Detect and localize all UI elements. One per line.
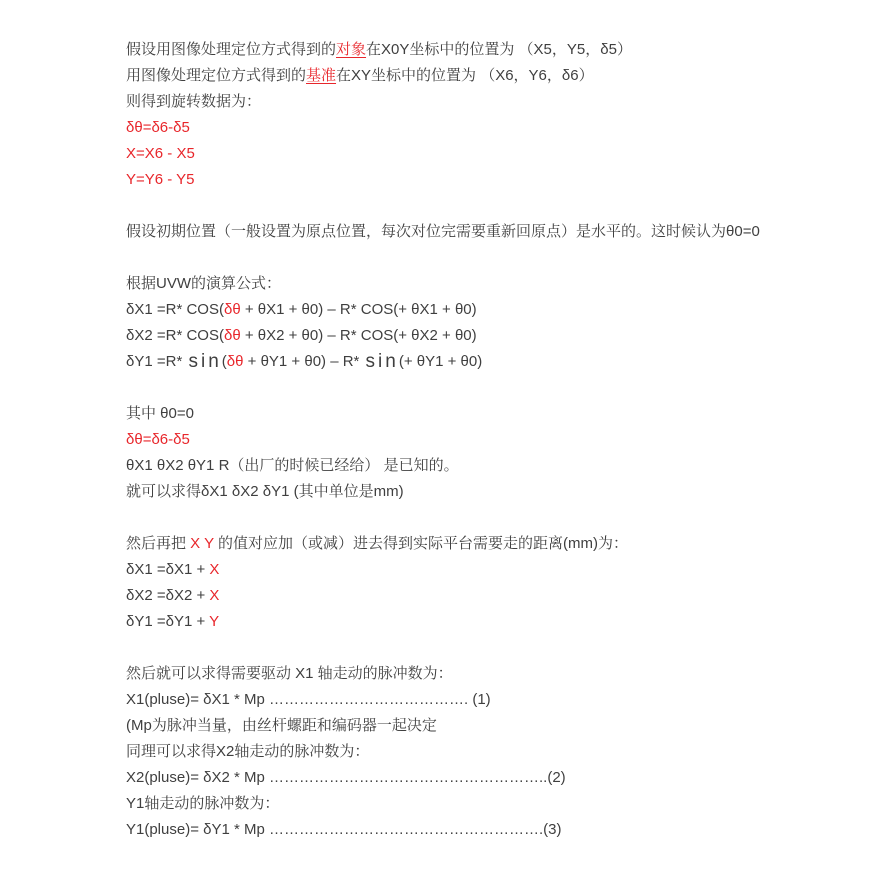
text-segment: + θY1 + θ0) – R*	[243, 353, 363, 370]
page: { "page": { "background": "#ffffff", "te…	[0, 0, 877, 876]
text-segment: δX1 =δX1 +	[126, 561, 209, 578]
text-segment: 的值对应加（或减）进去得到实际平台需要走的距离(mm)为：	[214, 535, 628, 552]
highlighted-text: δθ	[224, 301, 241, 318]
highlighted-text: δθ=δ6-δ5	[126, 431, 190, 448]
text-line: δX1 =R* COS(δθ + θX1 + θ0) – R* COS(+ θX…	[126, 297, 837, 323]
text-line: 用图像处理定位方式得到的基准在XY坐标中的位置为 （X6，Y6，δ6）	[126, 63, 837, 89]
text-line: X2(pluse)= δX2 * Mp ………………………………………………..…	[126, 765, 837, 791]
text-segment: (+ θY1 + θ0)	[399, 353, 482, 370]
text-line: δY1 =R* sin(δθ + θY1 + θ0) – R* sin(+ θY…	[126, 349, 837, 375]
text-segment: δX2 =R* COS(	[126, 327, 224, 344]
text-line: δθ=δ6-δ5	[126, 427, 837, 453]
text-segment: 在XY坐标中的位置为 （X6，Y6，δ6）	[336, 67, 594, 84]
text-segment: Y1轴走动的脉冲数为：	[126, 795, 279, 812]
text-segment: δX2 =δX2 +	[126, 587, 209, 604]
highlighted-text: δθ=δ6-δ5	[126, 119, 190, 136]
text-segment: δY1 =δY1 +	[126, 613, 209, 630]
text-segment: δY1 =R*	[126, 353, 186, 370]
highlighted-text: X=X6 - X5	[126, 145, 195, 162]
wide-sin-text: sin	[188, 351, 221, 372]
text-line: X=X6 - X5	[126, 141, 837, 167]
text-line: 假设初期位置（一般设置为原点位置，每次对位完需要重新回原点）是水平的。这时候认为…	[126, 219, 837, 245]
text-line: δX2 =R* COS(δθ + θX2 + θ0) – R* COS(+ θX…	[126, 323, 837, 349]
text-segment: 其中 θ0=0	[126, 405, 194, 422]
highlighted-text: X Y	[190, 535, 214, 552]
text-segment: (Mp为脉冲当量，由丝杆螺距和编码器一起决定	[126, 717, 437, 734]
text-line: δY1 =δY1 + Y	[126, 609, 837, 635]
text-line: 就可以求得δX1 δX2 δY1 (其中单位是mm)	[126, 479, 837, 505]
text-segment: 则得到旋转数据为：	[126, 93, 261, 110]
text-segment: 在X0Y坐标中的位置为 （X5，Y5，δ5）	[366, 41, 632, 58]
highlighted-text: X	[209, 561, 219, 578]
text-line: δX2 =δX2 + X	[126, 583, 837, 609]
text-line: δθ=δ6-δ5	[126, 115, 837, 141]
text-line: X1(pluse)= δX1 * Mp …………………………………. (1)	[126, 687, 837, 713]
text-segment: 根据UVW的演算公式：	[126, 275, 281, 292]
text-segment: Y1(pluse)= δY1 * Mp ……………………………………………….(…	[126, 821, 562, 838]
text-segment: X2(pluse)= δX2 * Mp ………………………………………………..…	[126, 769, 566, 786]
text-line: 同理可以求得X2轴走动的脉冲数为：	[126, 739, 837, 765]
text-line: Y=Y6 - Y5	[126, 167, 837, 193]
text-line: 则得到旋转数据为：	[126, 89, 837, 115]
text-segment: 假设初期位置（一般设置为原点位置，每次对位完需要重新回原点）是水平的。这时候认为…	[126, 223, 760, 240]
highlighted-text: δθ	[227, 353, 244, 370]
text-segment: δX1 =R* COS(	[126, 301, 224, 318]
highlighted-text: X	[209, 587, 219, 604]
highlighted-text: Y	[209, 613, 219, 630]
text-line: 根据UVW的演算公式：	[126, 271, 837, 297]
text-segment: 就可以求得δX1 δX2 δY1 (其中单位是mm)	[126, 483, 404, 500]
text-line: (Mp为脉冲当量，由丝杆螺距和编码器一起决定	[126, 713, 837, 739]
highlighted-text: Y=Y6 - Y5	[126, 171, 195, 188]
highlighted-text: 对象	[336, 41, 366, 58]
text-segment: 同理可以求得X2轴走动的脉冲数为：	[126, 743, 369, 760]
text-segment: X1(pluse)= δX1 * Mp …………………………………. (1)	[126, 691, 491, 708]
text-line: δX1 =δX1 + X	[126, 557, 837, 583]
text-segment: + θX1 + θ0) – R* COS(+ θX1 + θ0)	[241, 301, 477, 318]
text-segment: θX1 θX2 θY1 R（出厂的时候已经给） 是已知的。	[126, 457, 459, 474]
text-line: θX1 θX2 θY1 R（出厂的时候已经给） 是已知的。	[126, 453, 837, 479]
highlighted-text: δθ	[224, 327, 241, 344]
text-line: 其中 θ0=0	[126, 401, 837, 427]
text-line: 假设用图像处理定位方式得到的对象在X0Y坐标中的位置为 （X5，Y5，δ5）	[126, 37, 837, 63]
text-line: 然后再把 X Y 的值对应加（或减）进去得到实际平台需要走的距离(mm)为：	[126, 531, 837, 557]
text-segment: + θX2 + θ0) – R* COS(+ θX2 + θ0)	[241, 327, 477, 344]
text-segment: 然后再把	[126, 535, 190, 552]
text-line: Y1(pluse)= δY1 * Mp ……………………………………………….(…	[126, 817, 837, 843]
document-body: 假设用图像处理定位方式得到的对象在X0Y坐标中的位置为 （X5，Y5，δ5）用图…	[0, 0, 877, 876]
text-segment: 用图像处理定位方式得到的	[126, 67, 306, 84]
text-line: Y1轴走动的脉冲数为：	[126, 791, 837, 817]
text-line: 然后就可以求得需要驱动 X1 轴走动的脉冲数为：	[126, 661, 837, 687]
highlighted-text: 基准	[306, 67, 336, 84]
text-segment: 假设用图像处理定位方式得到的	[126, 41, 336, 58]
wide-sin-text: sin	[366, 351, 399, 372]
text-segment: 然后就可以求得需要驱动 X1 轴走动的脉冲数为：	[126, 665, 453, 682]
